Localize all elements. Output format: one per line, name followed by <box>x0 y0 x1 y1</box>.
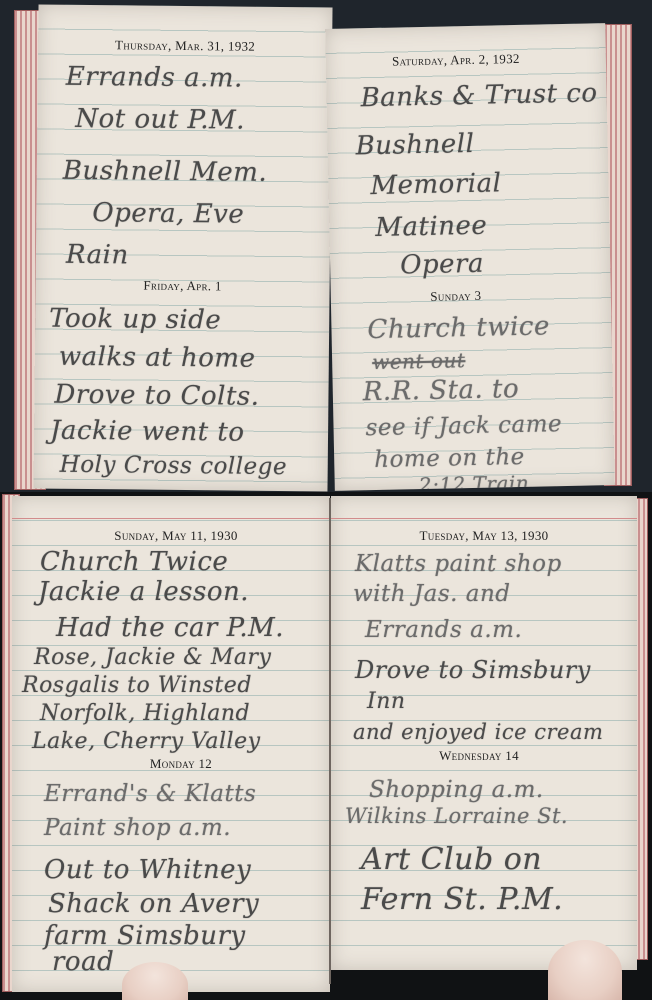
handwritten-line: Fern St. P.M. <box>361 882 563 918</box>
page-may13-may14: Tuesday, May 13, 1930 Klatts paint shop … <box>331 496 637 970</box>
handwritten-line: Banks & Trust co <box>360 75 598 116</box>
handwritten-line: 2:12 Train <box>418 465 529 491</box>
date-heading: Wednesday 14 <box>331 748 637 764</box>
date-heading: Monday 12 <box>32 756 330 772</box>
date-heading: Sunday 3 <box>325 285 611 307</box>
left-thumb <box>122 962 188 1000</box>
handwritten-line: Not out P.M. <box>75 101 245 139</box>
handwritten-line: Jackie went to <box>50 413 245 451</box>
handwritten-line: Opera, Eve <box>92 195 244 233</box>
struck-text: went out <box>372 348 466 374</box>
date-heading: Thursday, Mar. 31, 1932 <box>38 36 332 55</box>
header-red-rule <box>331 518 637 519</box>
handwritten-line: Art Club on <box>361 842 542 878</box>
handwritten-line: with Jas. and <box>353 576 511 612</box>
diary-1930: Sunday, May 11, 1930 Church Twice Jackie… <box>0 492 652 1000</box>
handwritten-line: Drove to Simsbury <box>355 652 591 688</box>
handwritten-line: Drove to Colts. <box>54 377 259 415</box>
handwritten-line: Shack on Avery <box>48 886 259 922</box>
handwritten-line: R.R. Sta. to <box>362 371 519 410</box>
handwritten-line: Rain <box>66 237 129 274</box>
handwritten-line: and enjoyed ice cream <box>353 714 603 750</box>
handwritten-line: Memorial <box>370 165 502 204</box>
handwritten-line: Took up side <box>49 301 221 339</box>
handwritten-line: Bushnell Mem. <box>63 153 268 191</box>
date-heading: Friday, Apr. 1 <box>36 276 330 295</box>
date-heading: Tuesday, May 13, 1930 <box>331 528 637 544</box>
handwritten-line: Paint shop a.m. <box>44 810 231 846</box>
right-thumb <box>548 940 622 1000</box>
handwritten-line: Jackie a lesson. <box>38 574 249 610</box>
handwritten-line: road <box>52 944 114 980</box>
handwritten-line: Out to Whitney <box>44 852 251 888</box>
page-apr2-apr3: Saturday, Apr. 2, 1932 Banks & Trust co … <box>325 23 615 491</box>
header-red-rule <box>12 518 330 519</box>
page-mar31-apr1: Thursday, Mar. 31, 1932 Errands a.m. Not… <box>33 4 332 491</box>
date-heading: Saturday, Apr. 2, 1932 <box>325 49 606 71</box>
handwritten-line: Lake, Cherry Valley <box>32 724 261 760</box>
handwritten-line: Wilkins Lorraine St. <box>345 798 568 834</box>
handwritten-line: Bushnell <box>355 126 474 164</box>
handwritten-line: Errands a.m. <box>365 612 522 648</box>
handwritten-line: Matinee <box>375 208 488 246</box>
handwritten-line: Holy Cross college <box>60 447 288 485</box>
handwritten-line: Errands a.m. <box>66 59 243 97</box>
handwritten-line: Errand's & Klatts <box>44 776 256 812</box>
date-heading: Sunday, May 11, 1930 <box>22 528 330 544</box>
diary-1932: Thursday, Mar. 31, 1932 Errands a.m. Not… <box>0 0 652 492</box>
page-may11-may12: Sunday, May 11, 1930 Church Twice Jackie… <box>12 496 330 992</box>
handwritten-line: Opera <box>400 246 485 284</box>
handwritten-line: walks at home <box>59 339 256 377</box>
